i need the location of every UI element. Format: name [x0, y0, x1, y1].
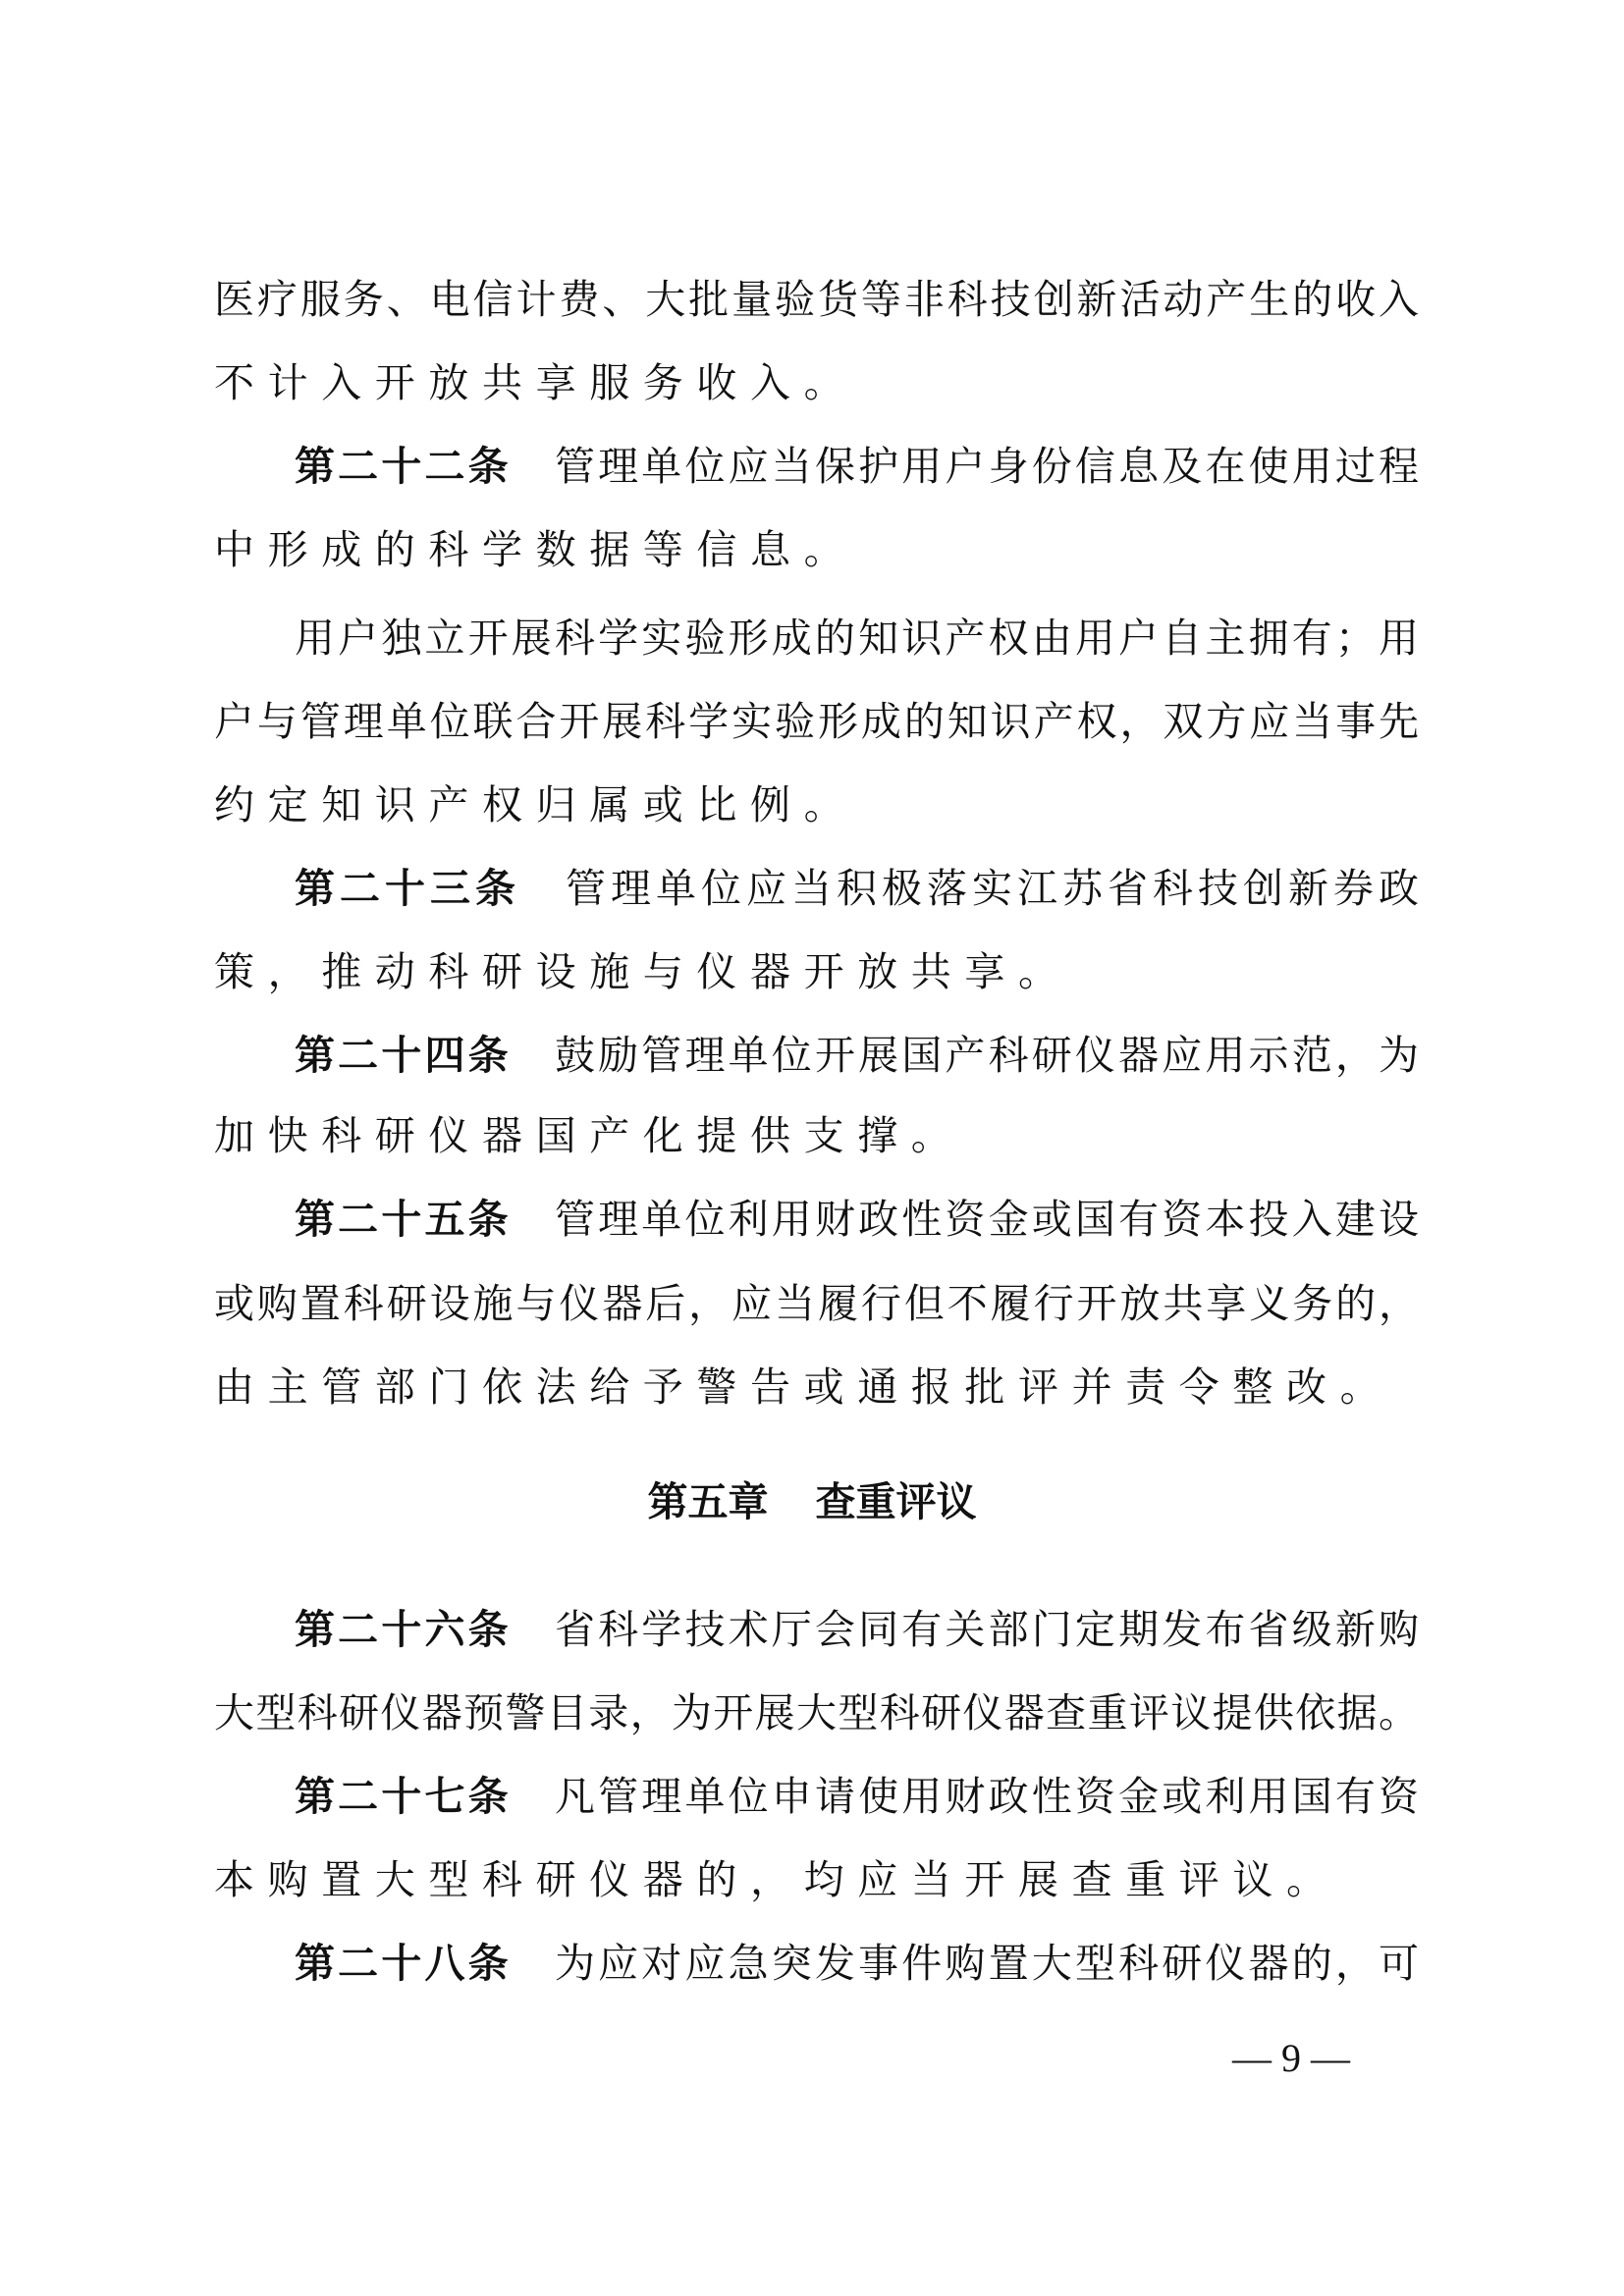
line-text: 户与管理单位联合开展科学实验形成的知识产权，双方应当事先	[214, 698, 1419, 745]
article-number: 第二十八条	[295, 1940, 512, 1987]
paragraph-line: 用户独立开展科学实验形成的知识产权由用户自主拥有；用	[295, 611, 1419, 666]
line-text: 管理单位利用财政性资金或国有资本投入建设	[555, 1196, 1419, 1243]
paragraph-line: 大型科研仪器预警目录，为开展大型科研仪器查重评议提供依据。	[214, 1685, 1419, 1740]
paragraph-line: 本购置大型科研仪器的，均应当开展查重评议。	[214, 1852, 1419, 1907]
line-text: 医疗服务、电信计费、大批量验货等非科技创新活动产生的收入	[214, 276, 1419, 323]
paragraph-line: 或购置科研设施与仪器后，应当履行但不履行开放共享义务的，	[214, 1276, 1419, 1331]
article-26-line: 第二十六条 省科学技术厅会同有关部门定期发布省级新购	[295, 1602, 1419, 1657]
chapter-title: 查重评议	[816, 1478, 977, 1525]
line-text: 鼓励管理单位开展国产科研仪器应用示范，为	[555, 1032, 1419, 1079]
line-text: 大型科研仪器预警目录，为开展大型科研仪器查重评议提供依据。	[214, 1689, 1419, 1736]
line-text: 本购置大型科研仪器的，均应当开展查重评议。	[214, 1856, 1340, 1903]
line-text: 管理单位应当积极落实江苏省科技创新券政	[566, 865, 1419, 912]
line-text: 由主管部门依法给予警告或通报批评并责令整改。	[214, 1363, 1393, 1411]
paragraph-line: 中形成的科学数据等信息。	[214, 522, 1419, 577]
article-24-line: 第二十四条 鼓励管理单位开展国产科研仪器应用示范，为	[295, 1028, 1419, 1083]
article-number: 第二十五条	[295, 1196, 512, 1243]
line-text: 凡管理单位申请使用财政性资金或利用国有资	[555, 1773, 1419, 1820]
paragraph-line: 由主管部门依法给予警告或通报批评并责令整改。	[214, 1360, 1419, 1415]
article-number: 第二十六条	[295, 1606, 512, 1653]
line-text: 加快科研仪器国产化提供支撑。	[214, 1112, 964, 1159]
article-27-line: 第二十七条 凡管理单位申请使用财政性资金或利用国有资	[295, 1769, 1419, 1824]
page-number: — 9 —	[1232, 2037, 1350, 2080]
article-number: 第二十三条	[295, 865, 520, 912]
line-text: 或购置科研设施与仪器后，应当履行但不履行开放共享义务的，	[214, 1280, 1419, 1327]
line-text: 用户独立开展科学实验形成的知识产权由用户自主拥有；用	[295, 614, 1419, 662]
line-text: 中形成的科学数据等信息。	[214, 526, 857, 573]
line-text: 省科学技术厅会同有关部门定期发布省级新购	[555, 1606, 1419, 1653]
article-number: 第二十七条	[295, 1773, 512, 1820]
line-text: 管理单位应当保护用户身份信息及在使用过程	[555, 443, 1419, 490]
paragraph-line: 医疗服务、电信计费、大批量验货等非科技创新活动产生的收入	[214, 272, 1419, 327]
chapter-heading: 第五章查重评议	[0, 1474, 1624, 1529]
article-22-line: 第二十二条 管理单位应当保护用户身份信息及在使用过程	[295, 439, 1419, 494]
article-23-line: 第二十三条 管理单位应当积极落实江苏省科技创新券政	[295, 861, 1419, 916]
line-text: 不计入开放共享服务收入。	[214, 359, 857, 406]
line-text: 为应对应急突发事件购置大型科研仪器的，可	[555, 1940, 1419, 1987]
article-number: 第二十四条	[295, 1032, 512, 1079]
article-28-line: 第二十八条 为应对应急突发事件购置大型科研仪器的，可	[295, 1936, 1419, 1991]
article-number: 第二十二条	[295, 443, 512, 490]
chapter-number: 第五章	[648, 1478, 769, 1525]
line-text: 策，推动科研设施与仪器开放共享。	[214, 948, 1072, 995]
paragraph-line: 加快科研仪器国产化提供支撑。	[214, 1108, 1419, 1163]
paragraph-line: 户与管理单位联合开展科学实验形成的知识产权，双方应当事先	[214, 694, 1419, 749]
article-25-line: 第二十五条 管理单位利用财政性资金或国有资本投入建设	[295, 1192, 1419, 1247]
paragraph-line: 约定知识产权归属或比例。	[214, 777, 1419, 832]
line-text: 约定知识产权归属或比例。	[214, 781, 857, 828]
paragraph-line: 不计入开放共享服务收入。	[214, 355, 1419, 410]
paragraph-line: 策，推动科研设施与仪器开放共享。	[214, 944, 1419, 999]
